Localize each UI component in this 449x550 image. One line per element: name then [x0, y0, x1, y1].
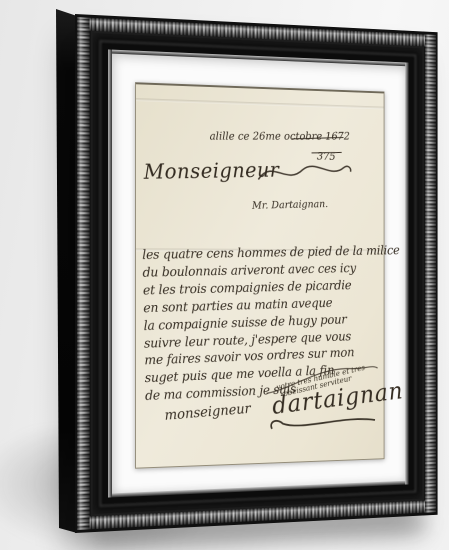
body-line: du boulonnais ariveront avec ces icy — [142, 262, 356, 281]
mat-board: alille ce 26me octobre 1672 375 Monseign… — [112, 54, 405, 494]
letter-paper: alille ce 26me octobre 1672 375 Monseign… — [135, 82, 384, 468]
body-line: en sont parties au matin aveque — [143, 296, 332, 316]
ornate-border-left — [77, 17, 90, 530]
body-line: et les trois compaignies de picardie — [143, 279, 352, 299]
frame-perspective-wrap: alille ce 26me octobre 1672 375 Monseign… — [75, 14, 438, 533]
ornate-border-right — [425, 34, 436, 512]
frame-side-panel — [56, 9, 77, 533]
picture-frame: alille ce 26me octobre 1672 375 Monseign… — [75, 14, 438, 533]
silver-lip-right — [405, 62, 408, 484]
framed-letter-photo: alille ce 26me octobre 1672 375 Monseign… — [0, 0, 449, 550]
body-line: les quatre cens hommes de pied de la mil… — [142, 244, 400, 263]
